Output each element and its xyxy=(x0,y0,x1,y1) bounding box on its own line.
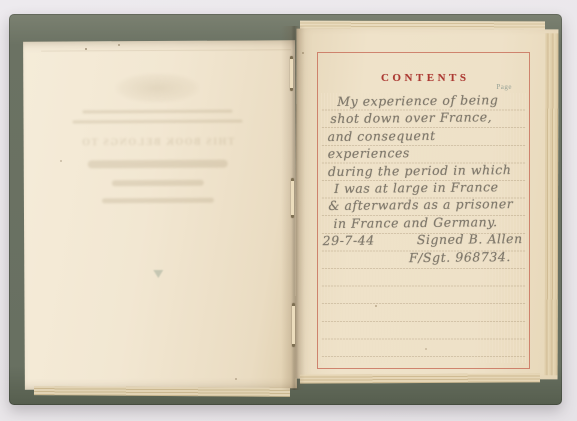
ghost-text-line xyxy=(102,198,214,204)
page-edges-bottom-left xyxy=(34,386,290,397)
contents-entry-line: shot down over France, xyxy=(330,108,521,127)
entry-signature: Signed B. Allen xyxy=(417,230,523,249)
contents-entry-line: during the period in which xyxy=(328,161,522,180)
page-column-label: Page xyxy=(496,83,512,91)
binding-stitch xyxy=(292,303,295,347)
ghost-script-line xyxy=(82,110,232,114)
entry-service-number: F/Sgt. 968734. xyxy=(329,248,523,267)
ghost-name-line xyxy=(88,160,228,169)
left-page: THIS BOOK BELONGS TO xyxy=(23,40,297,389)
foxing-specks xyxy=(85,48,87,50)
entry-date: 29-7-44 xyxy=(323,232,375,250)
left-page-faint-rule xyxy=(41,49,291,51)
ghost-belongs-label: THIS BOOK BELONGS TO xyxy=(52,136,264,148)
handwritten-entry: My experience of being shot down over Fr… xyxy=(327,91,523,267)
crest-ghost xyxy=(115,73,199,103)
binding-stitch xyxy=(291,178,294,218)
contents-entry-line: I was at large in France xyxy=(334,178,522,197)
binding-stitch xyxy=(290,56,293,91)
contents-frame: CONTENTS Page My experience of being sho… xyxy=(317,52,530,369)
ghost-text-line xyxy=(112,180,204,186)
show-through-text: THIS BOOK BELONGS TO xyxy=(51,72,264,253)
contents-entry-line: My experience of being xyxy=(337,91,521,110)
contents-entry-line: & afterwards as a prisoner xyxy=(328,195,522,214)
ghost-script-line xyxy=(73,120,243,124)
page-edges-right xyxy=(545,33,559,375)
book-photo: THIS BOOK BELONGS TO CONTENTS Page My ex… xyxy=(0,0,577,421)
contents-entry-line: and consequent experiences xyxy=(327,126,521,163)
contents-entry-line: in France and Germany. xyxy=(333,213,522,232)
page-edges-bottom-right xyxy=(300,373,540,383)
ghost-stamp-mark xyxy=(153,270,163,278)
